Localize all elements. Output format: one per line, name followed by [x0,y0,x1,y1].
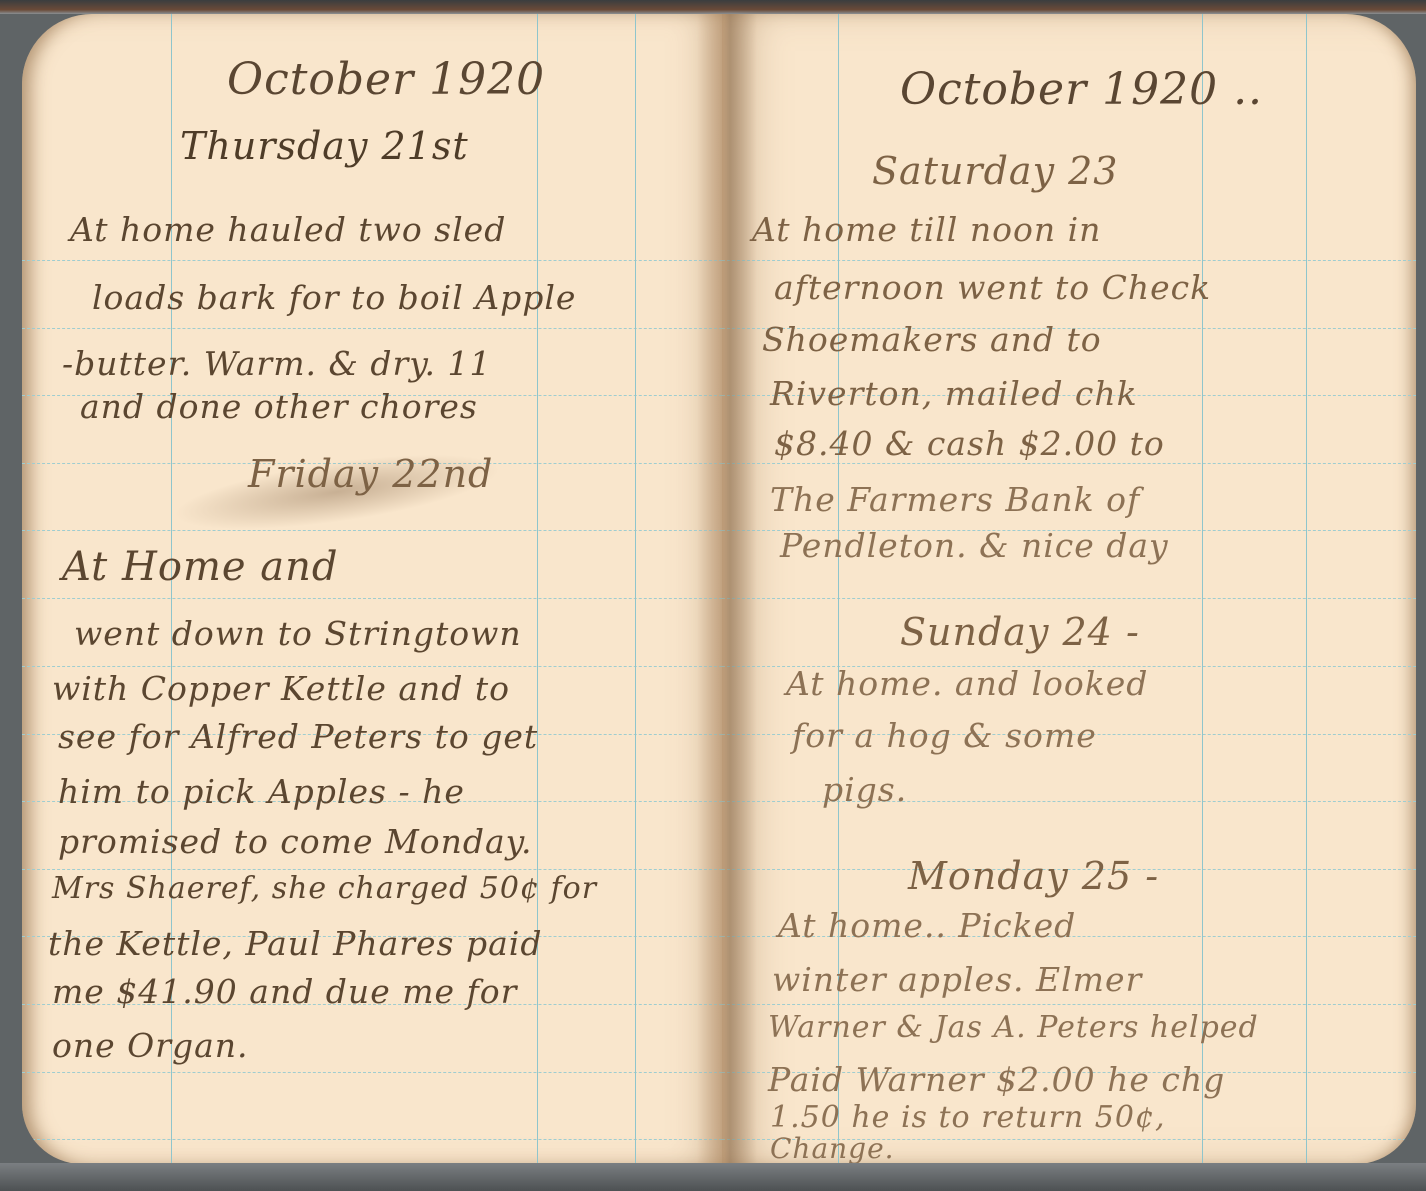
entry-line: one Organ. [52,1026,249,1065]
rule-line [22,1072,722,1073]
entry-day-heading: Sunday 24 - [900,610,1140,654]
entry-line: At home hauled two sled [70,210,506,249]
rule-line [22,869,722,870]
entry-line: -butter. Warm. & dry. 11 [62,344,491,383]
rule-line [722,260,1416,261]
entry-line: him to pick Apples - he [58,772,465,811]
entry-line: The Farmers Bank of [770,480,1140,519]
entry-line: loads bark for to boil Apple [92,278,576,317]
rule-line [22,1139,722,1140]
entry-line: At Home and [62,544,338,590]
month-header: October 1920 [227,54,545,105]
entry-line: winter apples. Elmer [772,960,1142,999]
rule-line [722,463,1416,464]
rule-column [635,14,636,1164]
entry-line: afternoon went to Check [774,268,1211,307]
photo-frame-top [0,0,1426,14]
entry-day-heading: Saturday 23 [872,149,1118,193]
entry-line: Shoemakers and to [762,320,1102,359]
entry-day-heading: Friday 22nd [248,452,493,496]
month-header: October 1920 .. [900,64,1263,115]
rule-line [722,598,1416,599]
rule-line [722,1004,1416,1005]
rule-line [22,598,722,599]
rule-line [22,260,722,261]
entry-line: promised to come Monday. [58,822,532,861]
rule-line [22,328,722,329]
rule-column [1202,14,1203,1164]
rule-line [22,530,722,531]
entry-line: At home.. Picked [778,906,1076,945]
entry-line: me $41.90 and due me for [52,972,517,1011]
entry-line: Pendleton. & nice day [780,526,1169,565]
rule-column [1306,14,1307,1164]
entry-line: see for Alfred Peters to get [58,717,538,756]
photo-frame-bottom [0,1163,1426,1191]
entry-line: Paid Warner $2.00 he chg [768,1060,1225,1099]
entry-line: with Copper Kettle and to [52,669,510,708]
entry-line: Riverton, mailed chk [770,374,1138,413]
entry-line: At home till noon in [752,210,1101,249]
entry-line: $8.40 & cash $2.00 to [774,424,1165,463]
entry-line: for a hog & some [792,716,1097,755]
entry-line: pigs. [822,770,907,809]
entry-line: Mrs Shaeref, she charged 50¢ for [52,871,597,906]
entry-line: 1.50 he is to return 50¢, [770,1100,1166,1135]
entry-line: and done other chores [80,387,478,426]
rule-line [22,666,722,667]
entry-day-heading: Monday 25 - [908,854,1159,898]
right-page: October 1920 .. Saturday 23 At home till… [722,14,1416,1164]
entry-line: Change. [770,1132,895,1164]
rule-column [537,14,538,1164]
left-page: October 1920 Thursday 21st At home haule… [22,14,722,1164]
diary-spread: October 1920 Thursday 21st At home haule… [22,14,1416,1166]
entry-line: Warner & Jas A. Peters helped [768,1010,1259,1045]
entry-line: At home. and looked [786,664,1148,703]
entry-day-heading: Thursday 21st [180,124,469,168]
entry-line: the Kettle, Paul Phares paid [48,924,542,963]
entry-line: went down to Stringtown [74,614,522,653]
